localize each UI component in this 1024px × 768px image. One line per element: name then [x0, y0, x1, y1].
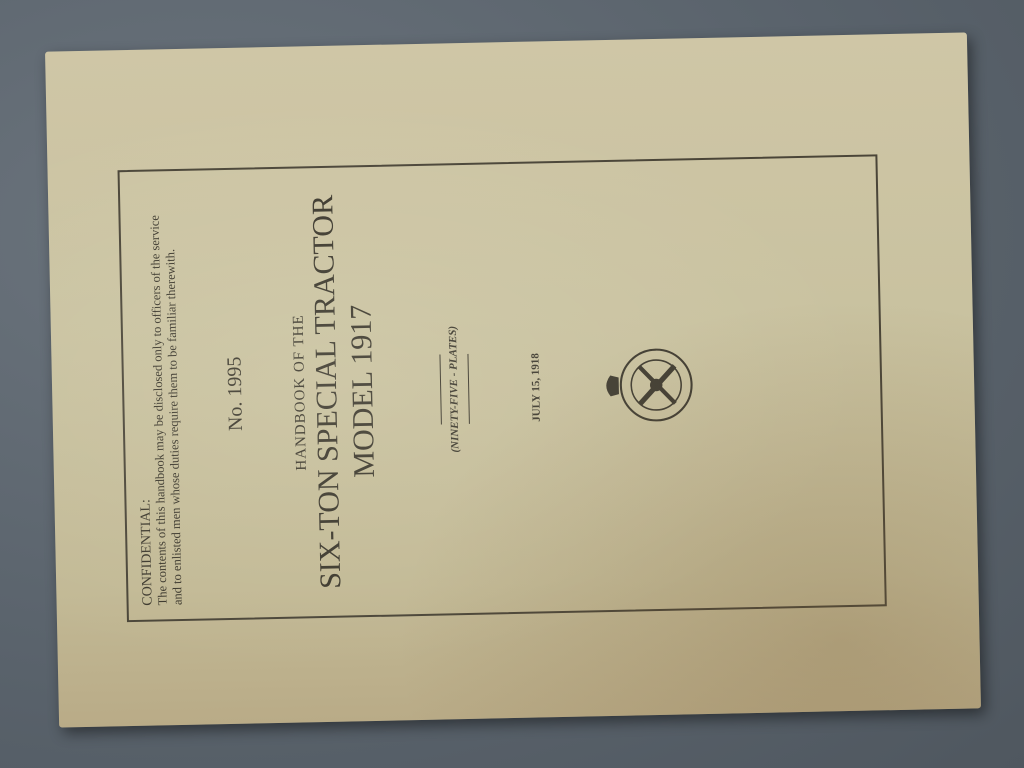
plates-count: (NINETY-FIVE - PLATES): [443, 165, 464, 613]
title-line-1: SIX-TON SPECIAL TRACTOR: [306, 168, 349, 617]
cover-border: CONFIDENTIAL: The contents of this handb…: [118, 154, 887, 622]
divider: [467, 354, 469, 424]
handbook-subtitle: HANDBOOK OF THE: [288, 168, 314, 616]
handbook-number: No. 1995: [220, 170, 252, 618]
divider: [439, 355, 441, 425]
ordnance-seal-icon: [601, 332, 707, 438]
publication-date: JULY 15, 1918: [525, 163, 546, 611]
title-line-2: MODEL 1917: [342, 167, 385, 616]
notice-line-1: The contents of this handbook may be dis…: [147, 185, 171, 605]
confidential-notice: CONFIDENTIAL: The contents of this handb…: [132, 185, 186, 606]
cover-page: CONFIDENTIAL: The contents of this handb…: [120, 156, 885, 620]
handbook-cover: CONFIDENTIAL: The contents of this handb…: [45, 32, 981, 727]
notice-heading: CONFIDENTIAL:: [132, 186, 156, 606]
notice-line-2: and to enlisted men whose duties require…: [162, 185, 186, 605]
